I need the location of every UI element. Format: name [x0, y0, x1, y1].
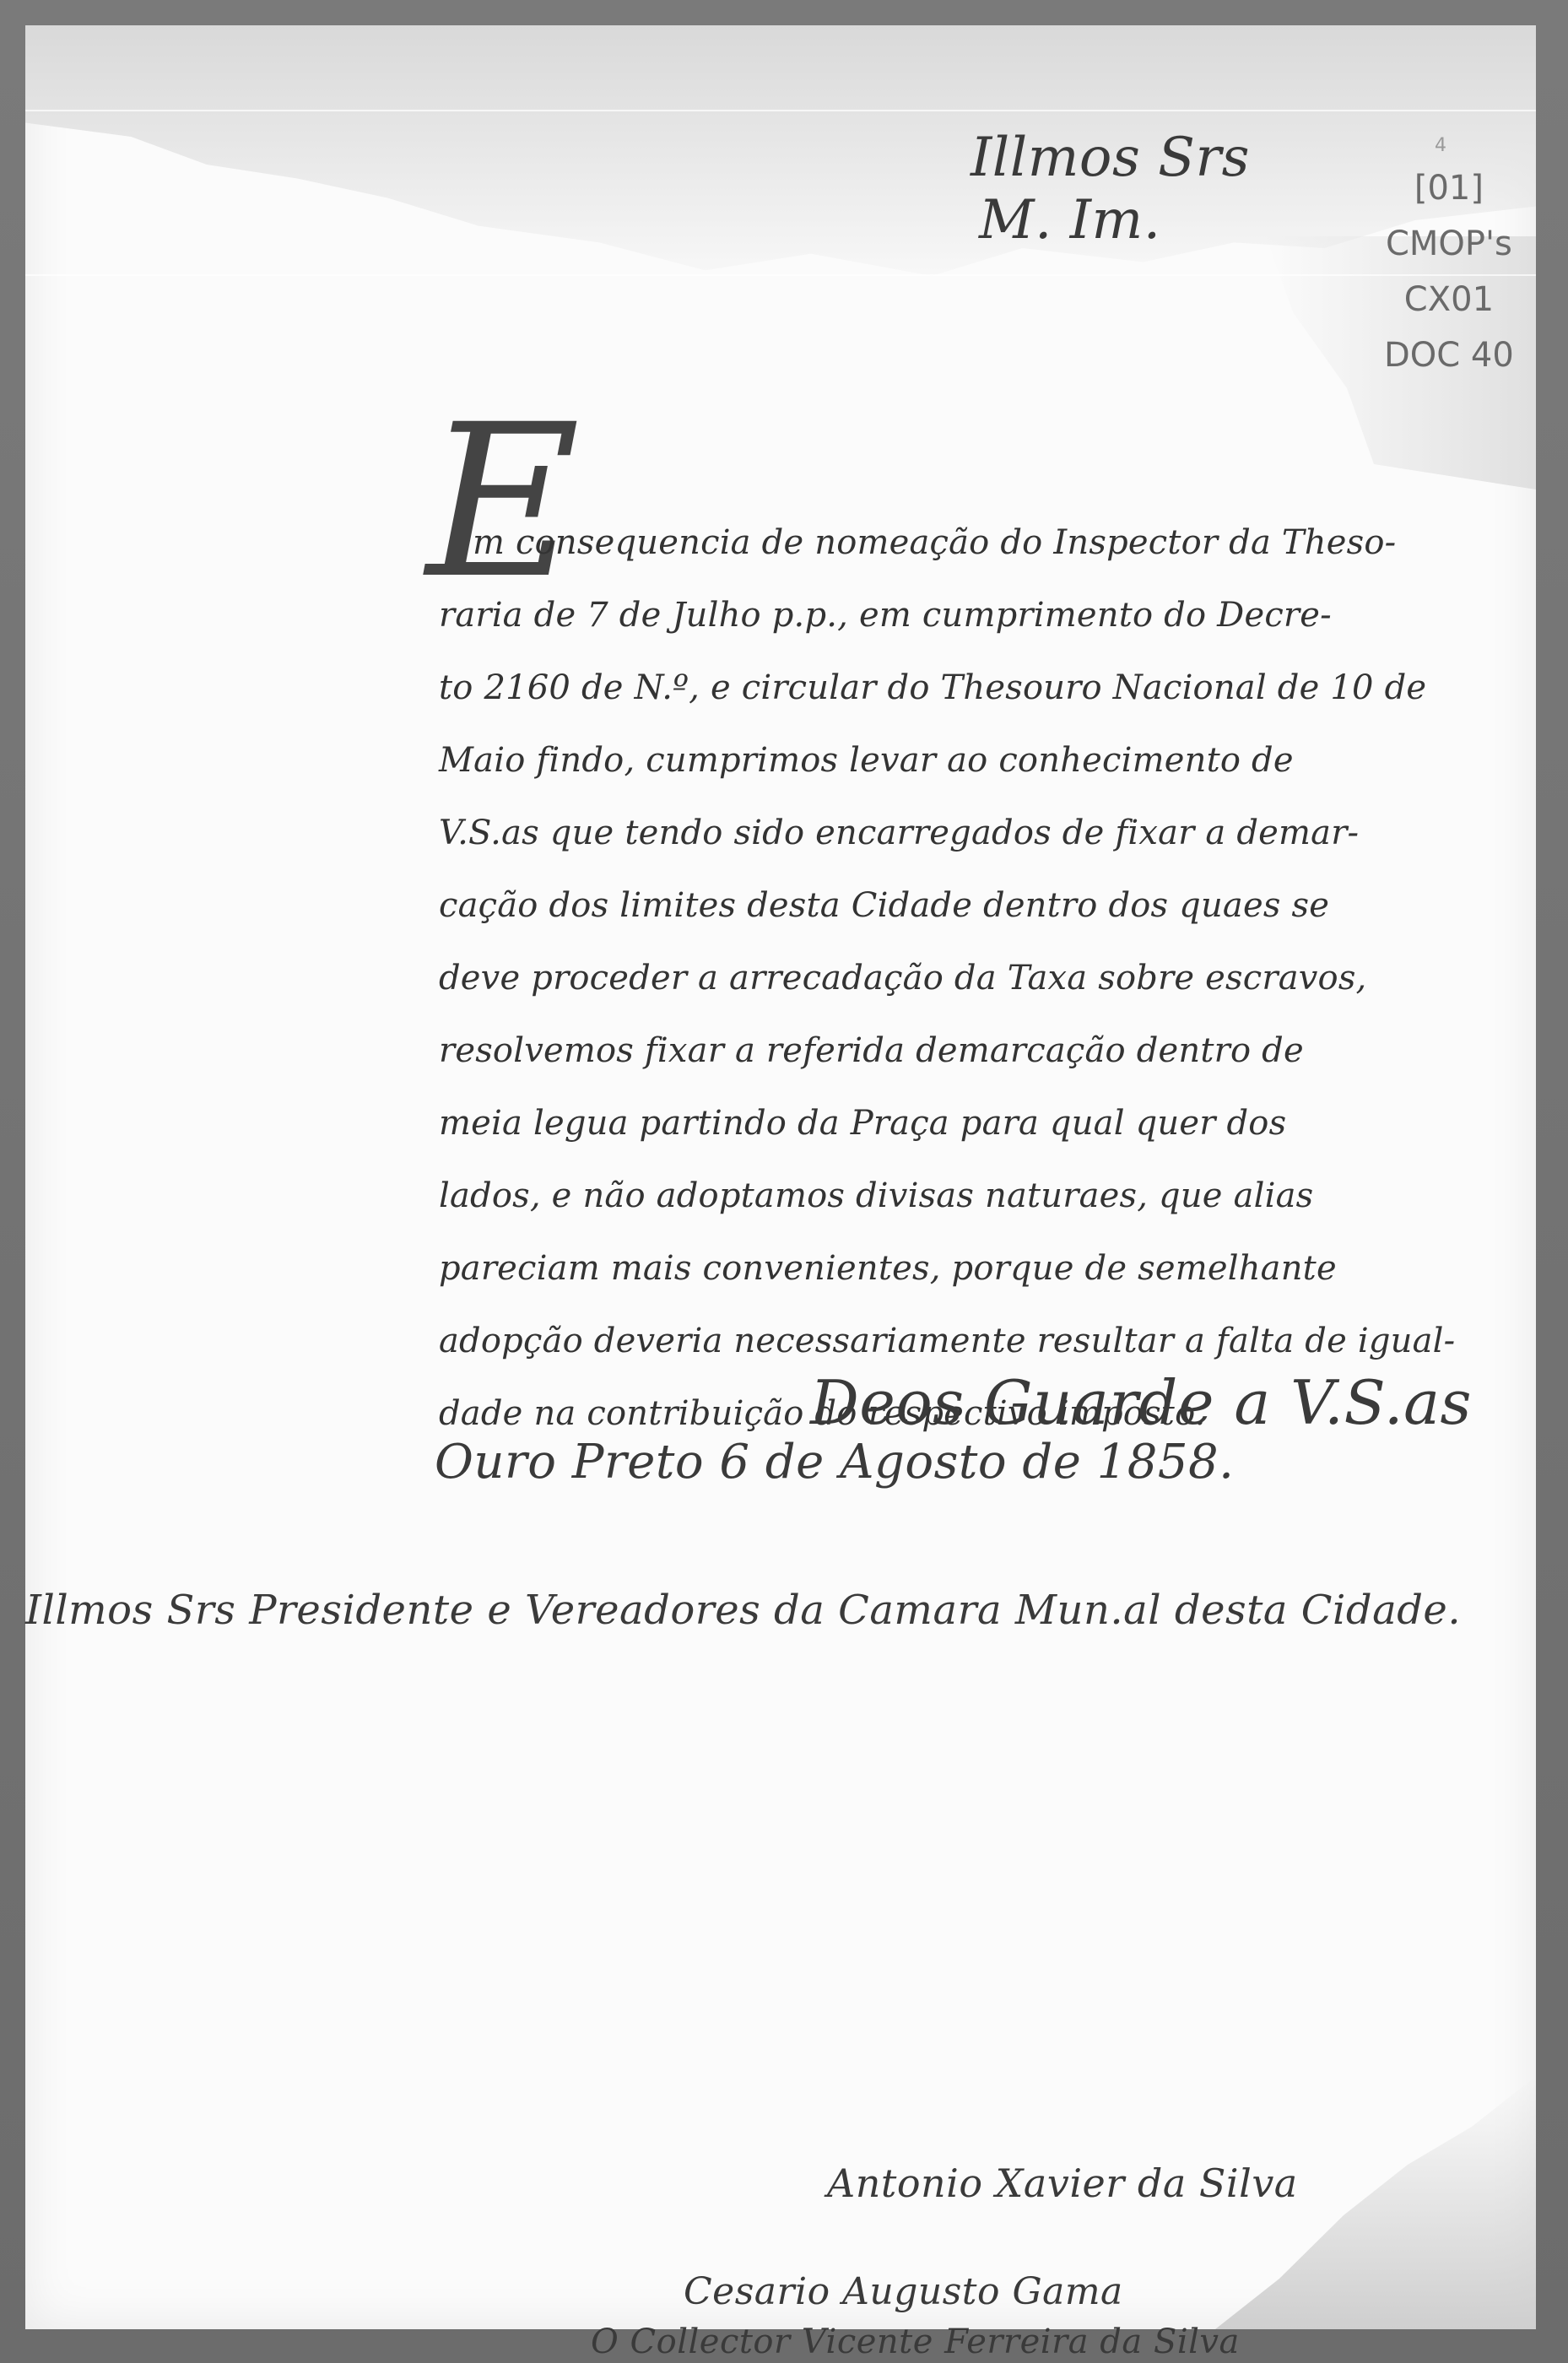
- body-line: m consequencia de nomeação do Inspector …: [473, 506, 1536, 579]
- body-line: pareciam mais convenientes, porque de se…: [439, 1232, 1536, 1305]
- scan-artifact-line: [25, 274, 1536, 276]
- archive-mark: 4: [1435, 118, 1446, 174]
- place-and-date: Ouro Preto 6 de Agosto de 1858.: [435, 1435, 1234, 1490]
- body-line: cação dos limites desta Cidade dentro do…: [439, 869, 1536, 942]
- body-line: resolvemos fixar a referida demarcação d…: [439, 1014, 1536, 1087]
- salutation-line-1: Illmos Srs: [971, 127, 1250, 189]
- salutation-line-2: M. Im.: [979, 189, 1161, 251]
- closing-formula: Deos Guarde a V.S.as: [810, 1367, 1472, 1438]
- body-line: deve proceder a arrecadação da Taxa sobr…: [439, 942, 1536, 1014]
- archive-ref-line: [01]: [1384, 160, 1514, 216]
- addressee-line: Illmos Srs Presidente e Vereadores da Ca…: [25, 1587, 1461, 1634]
- archive-ref-line: DOC 40: [1384, 327, 1514, 383]
- archive-ref-line: CMOP's: [1384, 216, 1514, 272]
- body-line: meia legua partindo da Praça para qual q…: [439, 1087, 1536, 1160]
- salutation-header: Illmos Srs M. Im.: [971, 127, 1250, 251]
- body-line: lados, e não adoptamos divisas naturaes,…: [439, 1160, 1536, 1232]
- body-line: V.S.as que tendo sido encarregados de fi…: [439, 797, 1536, 869]
- archive-ref-line: CX01: [1384, 272, 1514, 327]
- scan-artifact-line: [25, 110, 1536, 111]
- body-line: to 2160 de N.º, e circular do Thesouro N…: [439, 652, 1536, 724]
- signature-1: Antonio Xavier da Silva: [827, 2160, 1298, 2206]
- signature-2: Cesario Augusto Gama: [684, 2270, 1123, 2313]
- letter-body: m consequencia de nomeação do Inspector …: [498, 506, 1536, 1450]
- body-line: raria de 7 de Julho p.p., em cumprimento…: [439, 579, 1536, 652]
- signature-3: O Collector Vicente Ferreira da Silva: [591, 2322, 1240, 2361]
- archive-reference-note: 4 [01] CMOP's CX01 DOC 40: [1384, 160, 1514, 383]
- body-line: Maio findo, cumprimos levar ao conhecime…: [439, 724, 1536, 797]
